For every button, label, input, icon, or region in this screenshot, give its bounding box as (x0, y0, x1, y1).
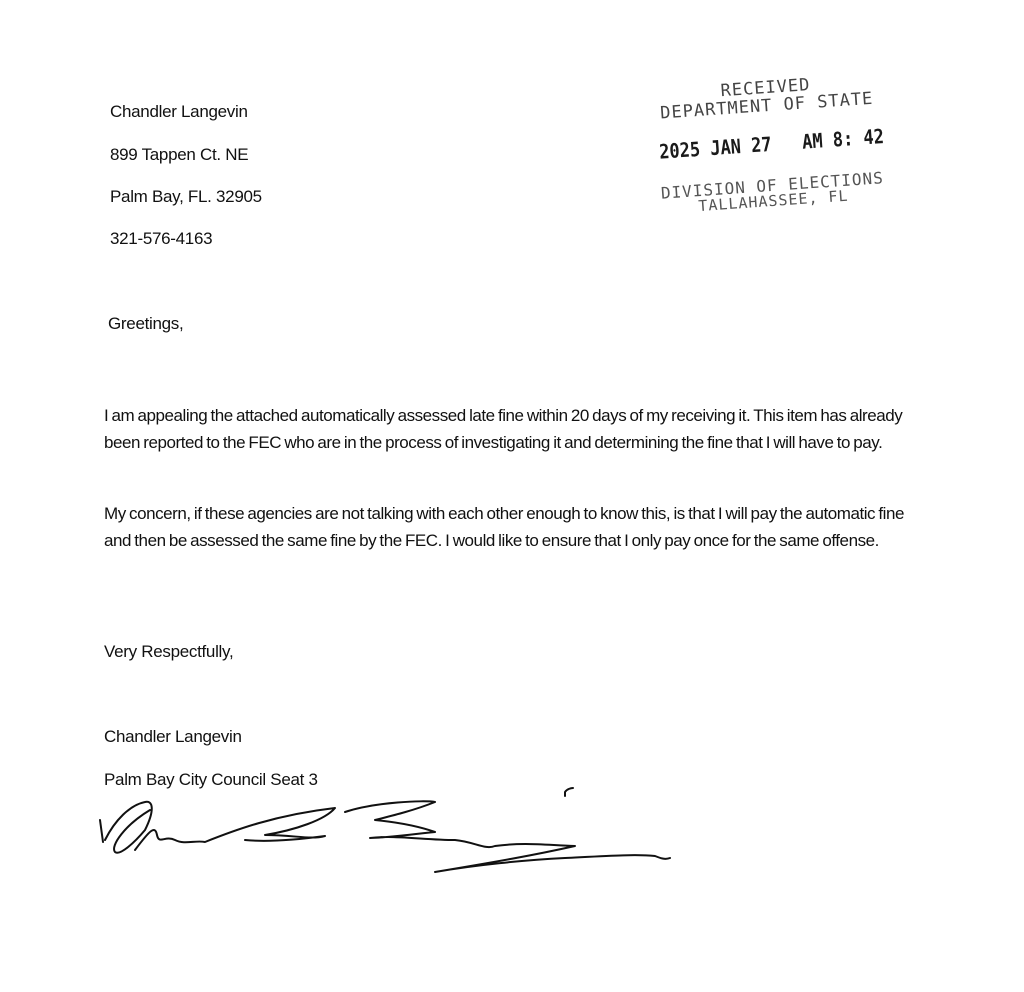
sender-address: 899 Tappen Ct. NE (110, 145, 248, 165)
body-paragraph-1: I am appealing the attached automaticall… (104, 402, 904, 456)
sender-phone: 321-576-4163 (110, 229, 212, 249)
valediction: Very Respectfully, (104, 642, 233, 662)
greeting: Greetings, (108, 314, 183, 334)
signature (95, 780, 695, 890)
closing-name: Chandler Langevin (104, 727, 242, 747)
stamp-datetime: 2025 JAN 27 AM 8: 42 (658, 124, 880, 163)
sender-name: Chandler Langevin (110, 102, 248, 122)
received-stamp: RECEIVED DEPARTMENT OF STATE 2025 JAN 27… (635, 63, 906, 241)
body-paragraph-2: My concern, if these agencies are not ta… (104, 500, 904, 554)
sender-city: Palm Bay, FL. 32905 (110, 187, 262, 207)
